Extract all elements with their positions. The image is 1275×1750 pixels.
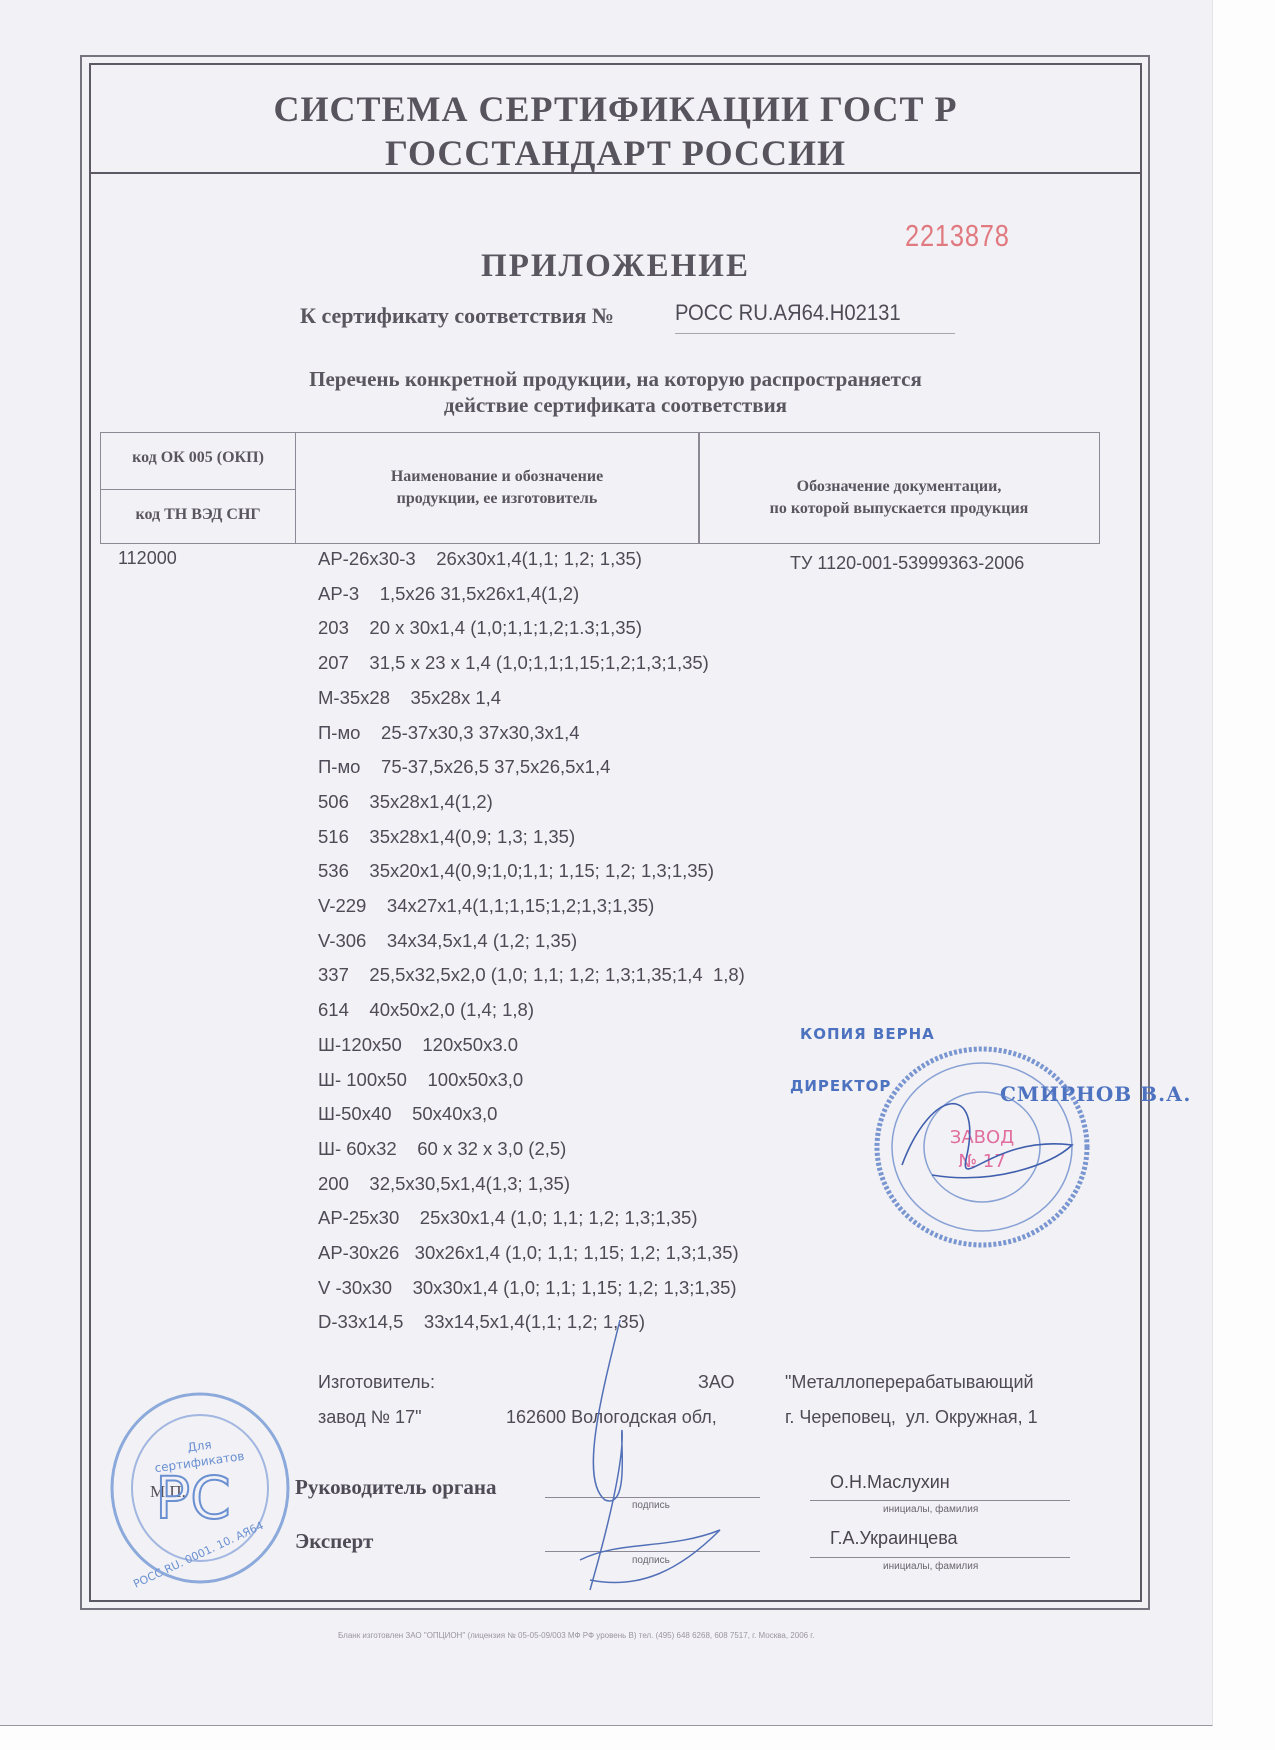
product-row: 516 35x28x1,4(0,9; 1,3; 1,35) [318, 826, 575, 848]
head-name-caption: инициалы, фамилия [883, 1504, 978, 1515]
header-documentation-line2: по которой выпускается продукция [698, 498, 1100, 520]
product-row: V-306 34x34,5x1,4 (1,2; 1,35) [318, 930, 577, 952]
manufacturer-name-part1: "Металлоперерабатывающий [785, 1372, 1034, 1393]
product-row: АР-30x26 30x26x1,4 (1,0; 1,1; 1,15; 1,2;… [318, 1242, 739, 1264]
expert-name-line [810, 1557, 1070, 1558]
product-row: V-229 34x27x1,4(1,1;1,15;1,2;1,3;1,35) [318, 895, 654, 917]
product-row: 536 35x20x1,4(0,9;1,0;1,1; 1,15; 1,2; 1,… [318, 860, 714, 882]
product-row: Ш-120x50 120x50x3.0 [318, 1034, 518, 1056]
product-row: П-мо 75-37,5x26,5 37,5x26,5x1,4 [318, 756, 610, 778]
header-product-name-line2: продукции, ее изготовитель [296, 488, 698, 510]
head-name: О.Н.Маслухин [830, 1472, 950, 1493]
system-title-line2: ГОССТАНДАРТ РОССИИ [89, 132, 1142, 174]
product-row: Ш-50x40 50x40x3,0 [318, 1103, 497, 1125]
product-row: Ш- 60x32 60 x 32 x 3,0 (2,5) [318, 1138, 566, 1160]
manufacturer-name-part2: завод № 17" [318, 1407, 421, 1428]
system-title-line1: СИСТЕМА СЕРТИФИКАЦИИ ГОСТ Р [89, 88, 1142, 130]
certificate-number-underline [675, 333, 955, 334]
head-role: Руководитель органа [295, 1475, 497, 1500]
product-row: АР-3 1,5x26 31,5x26x1,4(1,2) [318, 583, 579, 605]
header-product-name-line1: Наименование и обозначение [296, 466, 698, 488]
okp-code: 112000 [118, 548, 177, 569]
product-row: АР-25x30 25x30x1,4 (1,0; 1,1; 1,2; 1,3;1… [318, 1207, 698, 1229]
head-name-line [810, 1500, 1070, 1501]
expert-name-caption: инициалы, фамилия [883, 1561, 978, 1572]
product-row: П-мо 25-37x30,3 37x30,3x1,4 [318, 722, 580, 744]
header-documentation-line1: Обозначение документации, [698, 476, 1100, 498]
manufacturer-address-city: г. Череповец, ул. Окружная, 1 [785, 1407, 1038, 1428]
head-signature-icon [560, 1300, 760, 1600]
product-row: АР-26x30-3 26x30x1,4(1,1; 1,2; 1,35) [318, 548, 642, 570]
product-row: 203 20 x 30x1,4 (1,0;1,1;1,2;1.3;1,35) [318, 617, 642, 639]
product-row: Ш- 100x50 100x50x3,0 [318, 1069, 523, 1091]
documentation-ref: ТУ 1120-001-53999363-2006 [790, 553, 1024, 574]
product-row: 200 32,5x30,5x1,4(1,3; 1,35) [318, 1173, 570, 1195]
expert-name: Г.А.Украинцева [830, 1528, 958, 1549]
page-title: ПРИЛОЖЕНИЕ [89, 248, 1142, 285]
certificate-label: К сертификату соответствия № [300, 303, 614, 329]
certificate-number: РОСС RU.АЯ64.Н02131 [675, 300, 901, 326]
product-row: 337 25,5x32,5x2,0 (1,0; 1,1; 1,2; 1,3;1,… [318, 964, 745, 986]
product-row: 614 40x50x2,0 (1,4; 1,8) [318, 999, 534, 1021]
product-row: V -30x30 30x30x1,4 (1,0; 1,1; 1,15; 1,2;… [318, 1277, 737, 1299]
svg-text:ЗАВОД: ЗАВОД [950, 1127, 1014, 1148]
subtitle-line2: действие сертификата соответствия [89, 393, 1142, 418]
subtitle-line1: Перечень конкретной продукции, на котору… [89, 367, 1142, 392]
header-okp-code: код ОК 005 (ОКП) [100, 447, 296, 469]
table-header-col1-divider [100, 489, 296, 490]
factory-seal-icon: ЗАВОД № 17 [872, 1045, 1092, 1250]
blank-printer-info: Бланк изготовлен ЗАО "ОПЦИОН" (лицензия … [338, 1631, 814, 1640]
svg-text:Для: Для [186, 1437, 212, 1454]
copy-verified-stamp: КОПИЯ ВЕРНА [800, 1025, 935, 1043]
expert-role: Эксперт [295, 1529, 373, 1554]
header-tnved-code: код ТН ВЭД СНГ [100, 504, 296, 526]
product-row: 506 35x28x1,4(1,2) [318, 791, 493, 813]
manufacturer-label: Изготовитель: [318, 1372, 435, 1393]
svg-text:РС: РС [155, 1464, 230, 1532]
product-row: М-35x28 35x28x 1,4 [318, 687, 501, 709]
certification-seal-icon: Для сертификатов РС РОСС RU. 0001. 10. А… [105, 1388, 295, 1588]
product-row: 207 31,5 x 23 x 1,4 (1,0;1,1;1,15;1,2;1,… [318, 652, 709, 674]
